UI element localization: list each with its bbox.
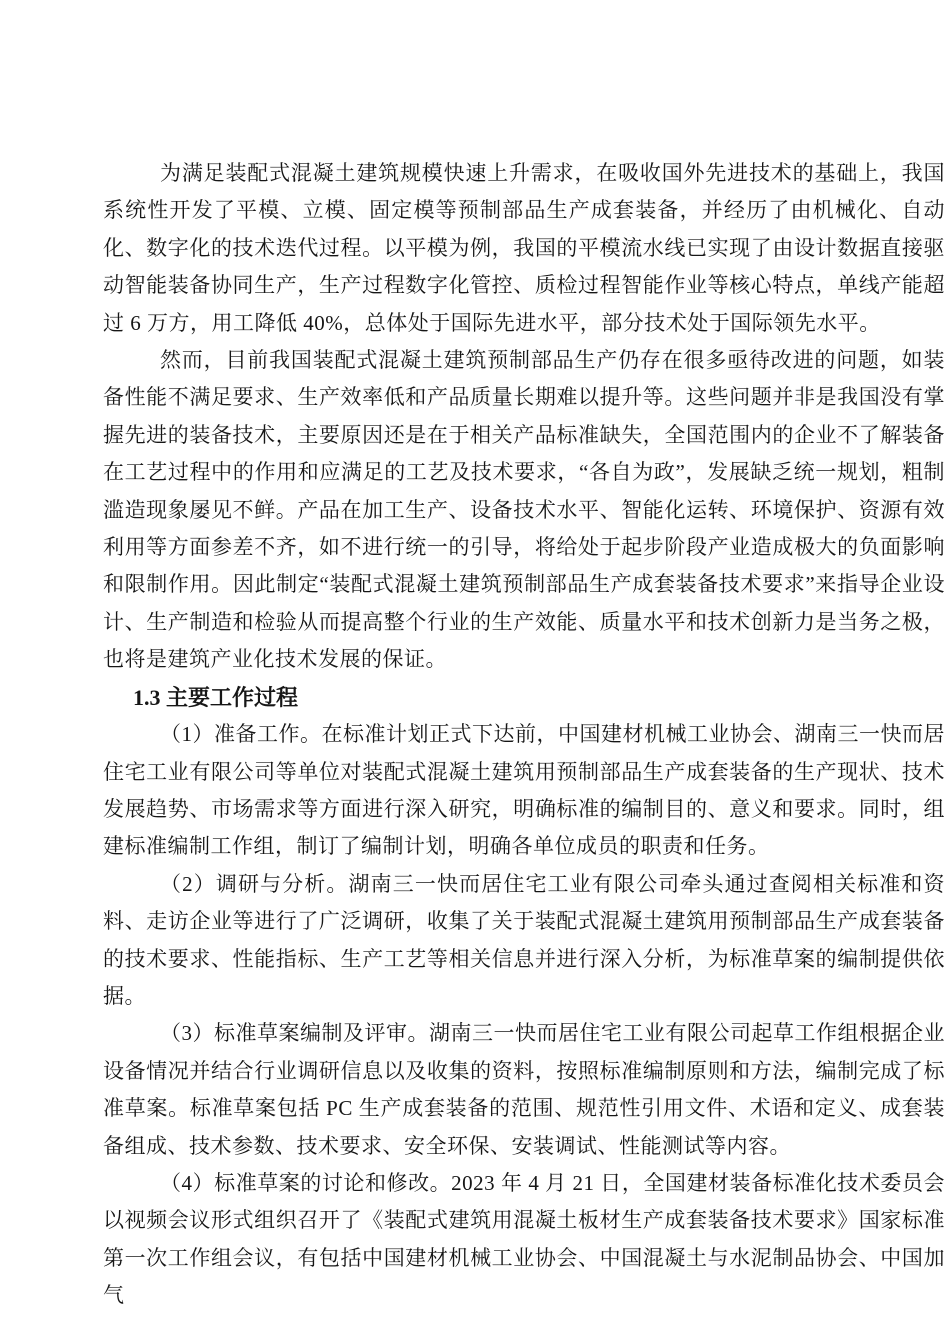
document-page: 为满足装配式混凝土建筑规模快速上升需求，在吸收国外先进技术的基础上，我国系统性开… bbox=[0, 0, 950, 1344]
paragraph-process-step-4: （4）标准草案的讨论和修改。2023 年 4 月 21 日，全国建材装备标准化技… bbox=[103, 1165, 945, 1315]
paragraph-process-step-1: （1）准备工作。在标准计划正式下达前，中国建材机械工业协会、湖南三一快而居住宅工… bbox=[103, 716, 945, 866]
paragraph-intro-1: 为满足装配式混凝土建筑规模快速上升需求，在吸收国外先进技术的基础上，我国系统性开… bbox=[103, 155, 945, 342]
section-heading-1-3: 1.3 主要工作过程 bbox=[133, 679, 945, 716]
paragraph-process-step-2: （2）调研与分析。湖南三一快而居住宅工业有限公司牵头通过查阅相关标准和资料、走访… bbox=[103, 866, 945, 1016]
paragraph-intro-2: 然而，目前我国装配式混凝土建筑预制部品生产仍存在很多亟待改进的问题，如装备性能不… bbox=[103, 342, 945, 679]
paragraph-process-step-3: （3）标准草案编制及评审。湖南三一快而居住宅工业有限公司起草工作组根据企业设备情… bbox=[103, 1015, 945, 1165]
